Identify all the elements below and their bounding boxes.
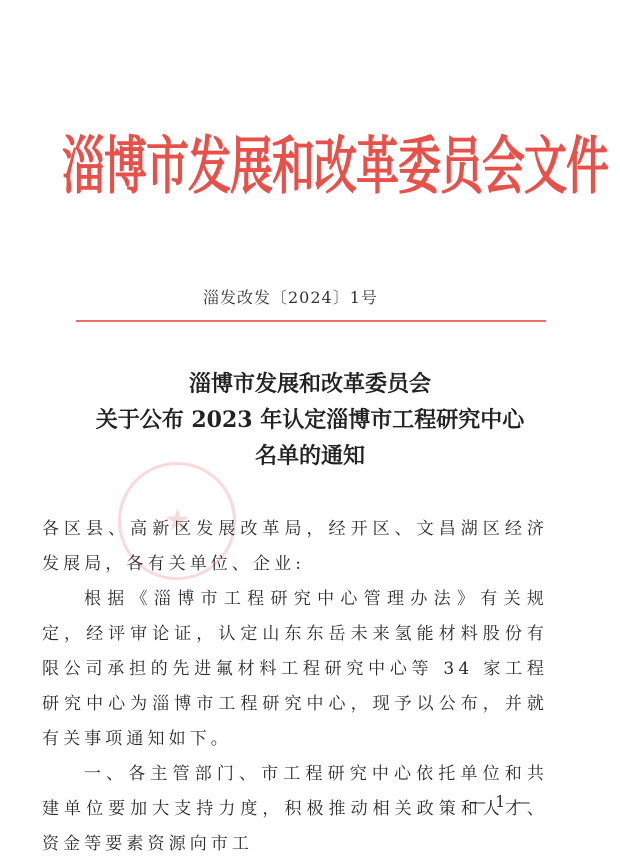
title-line-2: 关于公布 2023 年认定淄博市工程研究中心: [40, 402, 580, 438]
page-number: — 1 —: [470, 792, 532, 811]
title-line-1: 淄博市发展和改革委员会: [40, 366, 580, 402]
title-line-3: 名单的通知: [40, 438, 580, 474]
body-paragraph: 根据《淄博市工程研究中心管理办法》有关规定，经评审论证，认定山东东岳未来氢能材料…: [42, 582, 548, 757]
addressee: 各区县、高新区发展改革局，经开区、文昌湖区经济发展局，各有关单位、企业:: [42, 512, 548, 582]
red-divider: [76, 320, 546, 322]
notice-title: 淄博市发展和改革委员会 关于公布 2023 年认定淄博市工程研究中心 名单的通知: [40, 366, 580, 474]
document-number: 淄发改发〔2024〕1号: [203, 285, 378, 308]
issuer-title: 淄博市发展和改革委员会文件: [62, 102, 542, 233]
